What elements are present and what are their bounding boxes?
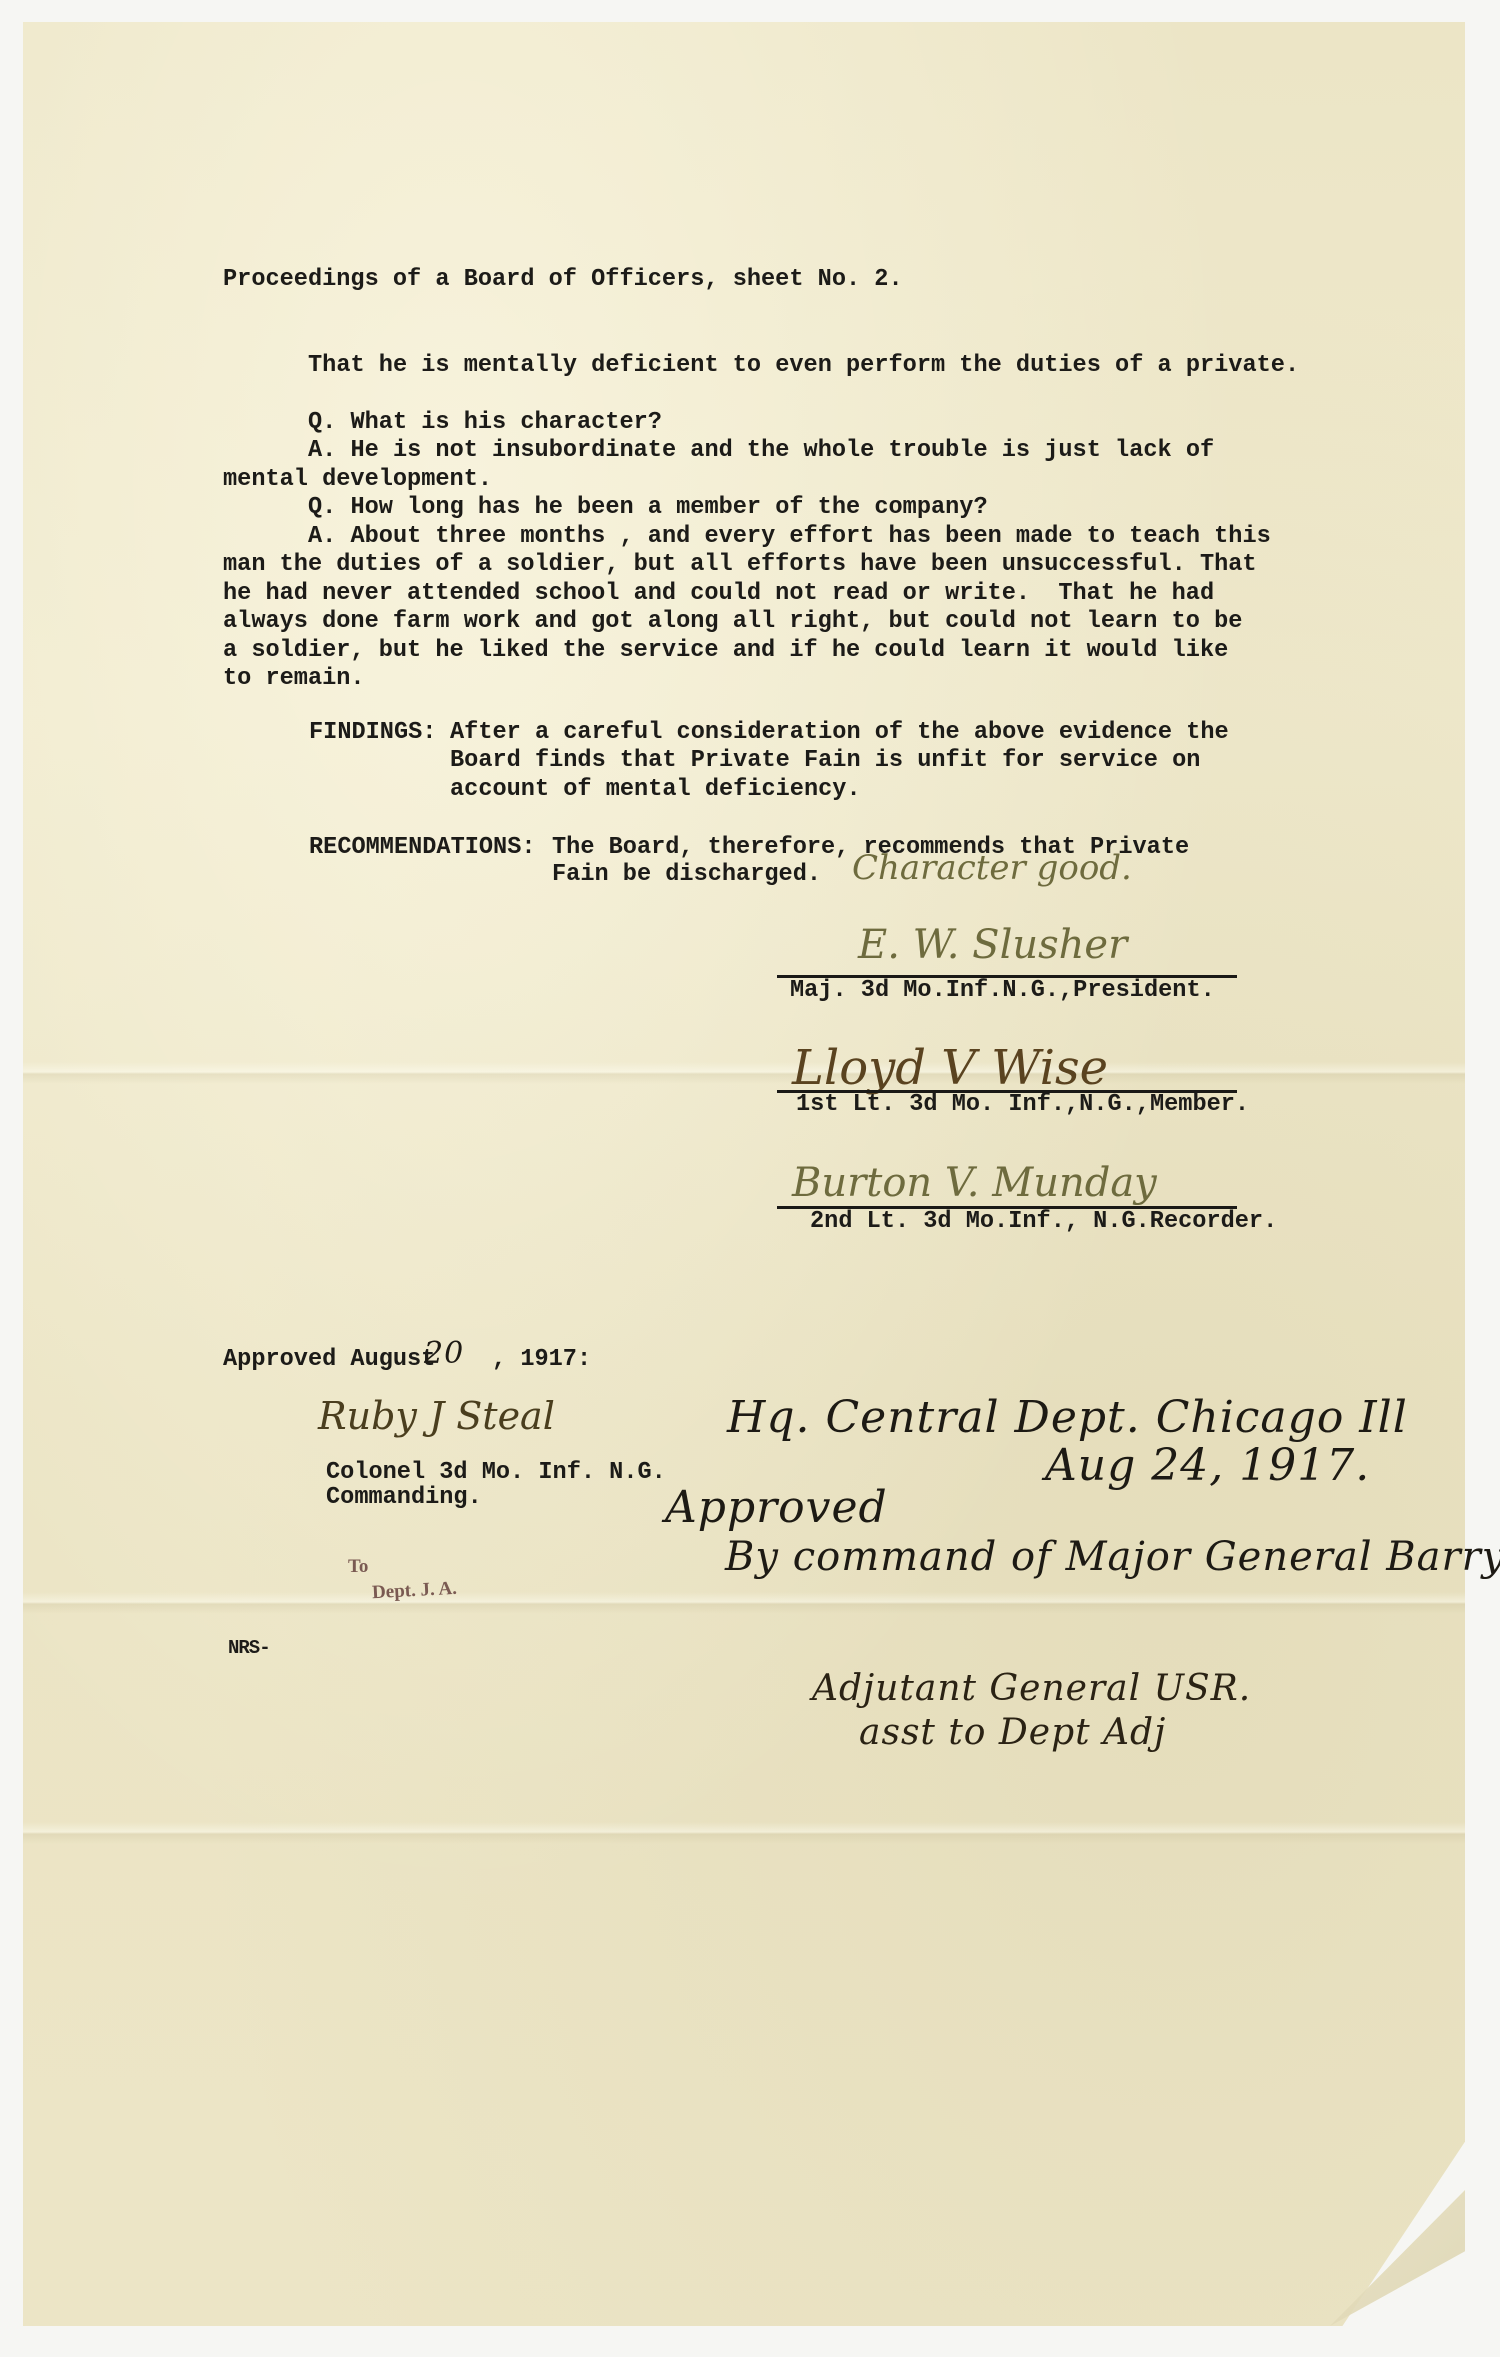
colonel-title-line-2: Commanding. bbox=[326, 1484, 482, 1513]
findings-line-1: After a careful consideration of the abo… bbox=[450, 719, 1229, 748]
member-title: 1st Lt. 3d Mo. Inf.,N.G.,Member. bbox=[796, 1091, 1249, 1120]
answer-2-line-3: he had never attended school and could n… bbox=[223, 580, 1214, 609]
signature-member: Lloyd V Wise bbox=[792, 1040, 1108, 1096]
endorsement-line-6: asst to Dept Adj bbox=[859, 1712, 1166, 1753]
approval-day-handwritten: 20 bbox=[424, 1336, 464, 1371]
paper-fold-crease bbox=[23, 1592, 1465, 1614]
recommendations-label: RECOMMENDATIONS: bbox=[309, 834, 536, 863]
endorsement-line-1: Hq. Central Dept. Chicago Ill bbox=[727, 1392, 1408, 1443]
paper-fold-crease bbox=[23, 1062, 1465, 1084]
signature-colonel: Ruby J Steal bbox=[318, 1394, 555, 1438]
signature-president: E. W. Slusher bbox=[858, 922, 1127, 968]
page-title: Proceedings of a Board of Officers, shee… bbox=[223, 266, 903, 295]
answer-2-line-5: a soldier, but he liked the service and … bbox=[223, 637, 1228, 666]
findings-line-2: Board finds that Private Fain is unfit f… bbox=[450, 747, 1200, 776]
endorsement-line-3: Approved bbox=[665, 1482, 888, 1533]
findings-line-3: account of mental deficiency. bbox=[450, 776, 861, 805]
answer-1-line-1: A. He is not insubordinate and the whole… bbox=[308, 437, 1214, 466]
endorsement-line-2: Aug 24, 1917. bbox=[1045, 1440, 1370, 1491]
signature-recorder: Burton V. Munday bbox=[792, 1160, 1157, 1206]
question-2: Q. How long has he been a member of the … bbox=[308, 494, 988, 523]
handwritten-character-note: Character good. bbox=[852, 848, 1132, 888]
approval-line: Approved August , 1917: bbox=[223, 1346, 591, 1375]
recorder-title: 2nd Lt. 3d Mo.Inf., N.G.Recorder. bbox=[810, 1208, 1277, 1237]
answer-2-line-4: always done farm work and got along all … bbox=[223, 608, 1242, 637]
president-title: Maj. 3d Mo.Inf.N.G.,President. bbox=[790, 977, 1215, 1006]
stamp-line-1: To bbox=[348, 1556, 368, 1578]
answer-1-line-2: mental development. bbox=[223, 466, 492, 495]
endorsement-line-5: Adjutant General USR. bbox=[812, 1668, 1251, 1709]
paper-fold-crease bbox=[23, 1822, 1465, 1844]
endorsement-line-4: By command of Major General Barry - bbox=[725, 1534, 1500, 1580]
answer-2-line-6: to remain. bbox=[223, 665, 365, 694]
stamp-line-2: Dept. J. A. bbox=[371, 1578, 457, 1604]
answer-2-line-2: man the duties of a soldier, but all eff… bbox=[223, 551, 1257, 580]
question-1: Q. What is his character? bbox=[308, 409, 662, 438]
findings-label: FINDINGS: bbox=[309, 719, 436, 748]
typist-initials: NRS- bbox=[228, 1634, 270, 1663]
statement-paragraph: That he is mentally deficient to even pe… bbox=[308, 352, 1299, 381]
answer-2-line-1: A. About three months , and every effort… bbox=[308, 523, 1271, 552]
recommendations-line-2: Fain be discharged. bbox=[552, 861, 821, 890]
